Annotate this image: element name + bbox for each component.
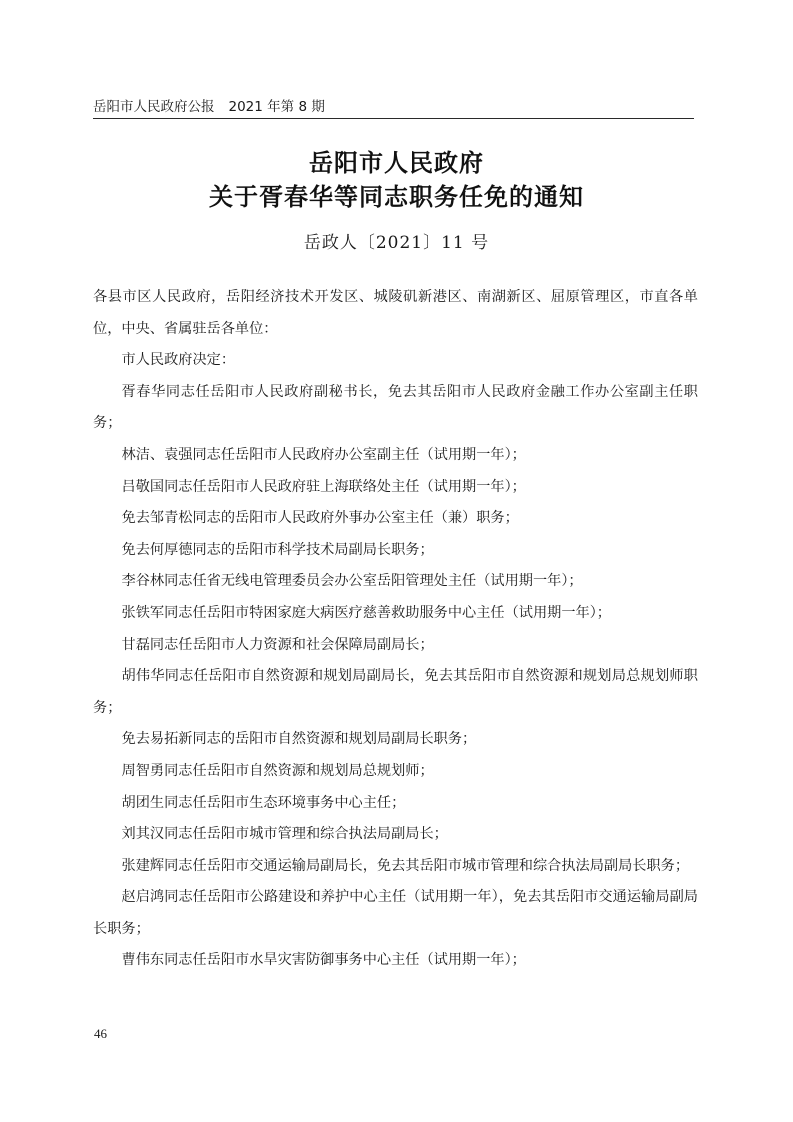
paragraph: 胡伟华同志任岳阳市自然资源和规划局副局长，免去其岳阳市自然资源和规划局总规划师职… — [93, 661, 698, 724]
paragraph: 赵启鸿同志任岳阳市公路建设和养护中心主任（试用期一年），免去其岳阳市交通运输局副… — [93, 882, 698, 945]
paragraph: 林洁、袁强同志任岳阳市人民政府办公室副主任（试用期一年）； — [93, 440, 698, 472]
paragraph: 甘磊同志任岳阳市人力资源和社会保障局副局长； — [93, 630, 698, 662]
paragraph: 免去邹青松同志的岳阳市人民政府外事办公室主任（兼）职务； — [93, 503, 698, 535]
paragraph: 张建辉同志任岳阳市交通运输局副局长，免去其岳阳市城市管理和综合执法局副局长职务； — [93, 851, 698, 883]
running-header: 岳阳市人民政府公报2021 年第 8 期 — [93, 98, 694, 118]
paragraph: 吕敬国同志任岳阳市人民政府驻上海联络处主任（试用期一年）； — [93, 472, 698, 504]
document-number: 岳政人〔2021〕11 号 — [0, 232, 793, 254]
paragraph: 胥春华同志任岳阳市人民政府副秘书长，免去其岳阳市人民政府金融工作办公室副主任职务… — [93, 377, 698, 440]
page-number: 46 — [94, 1026, 107, 1042]
paragraph: 胡团生同志任岳阳市生态环境事务中心主任； — [93, 788, 698, 820]
publication-name: 岳阳市人民政府公报 — [93, 99, 215, 115]
paragraph: 张铁军同志任岳阳市特困家庭大病医疗慈善救助服务中心主任（试用期一年）； — [93, 598, 698, 630]
paragraph: 周智勇同志任岳阳市自然资源和规划局总规划师； — [93, 756, 698, 788]
paragraph: 免去何厚德同志的岳阳市科学技术局副局长职务； — [93, 535, 698, 567]
salutation: 各县市区人民政府，岳阳经济技术开发区、城陵矶新港区、南湖新区、屈原管理区，市直各… — [93, 282, 698, 345]
paragraph: 免去易拓新同志的岳阳市自然资源和规划局副局长职务； — [93, 724, 698, 756]
document-title-line-1: 岳阳市人民政府 — [0, 148, 793, 178]
paragraph: 市人民政府决定： — [93, 345, 698, 377]
paragraph: 刘其汉同志任岳阳市城市管理和综合执法局副局长； — [93, 819, 698, 851]
header-divider — [93, 118, 694, 119]
document-body: 各县市区人民政府，岳阳经济技术开发区、城陵矶新港区、南湖新区、屈原管理区，市直各… — [93, 282, 698, 977]
paragraph: 曹伟东同志任岳阳市水旱灾害防御事务中心主任（试用期一年）； — [93, 945, 698, 977]
issue-label: 2021 年第 8 期 — [229, 99, 325, 115]
paragraph: 李谷林同志任省无线电管理委员会办公室岳阳管理处主任（试用期一年）； — [93, 566, 698, 598]
document-title-line-2: 关于胥春华等同志职务任免的通知 — [0, 182, 793, 212]
